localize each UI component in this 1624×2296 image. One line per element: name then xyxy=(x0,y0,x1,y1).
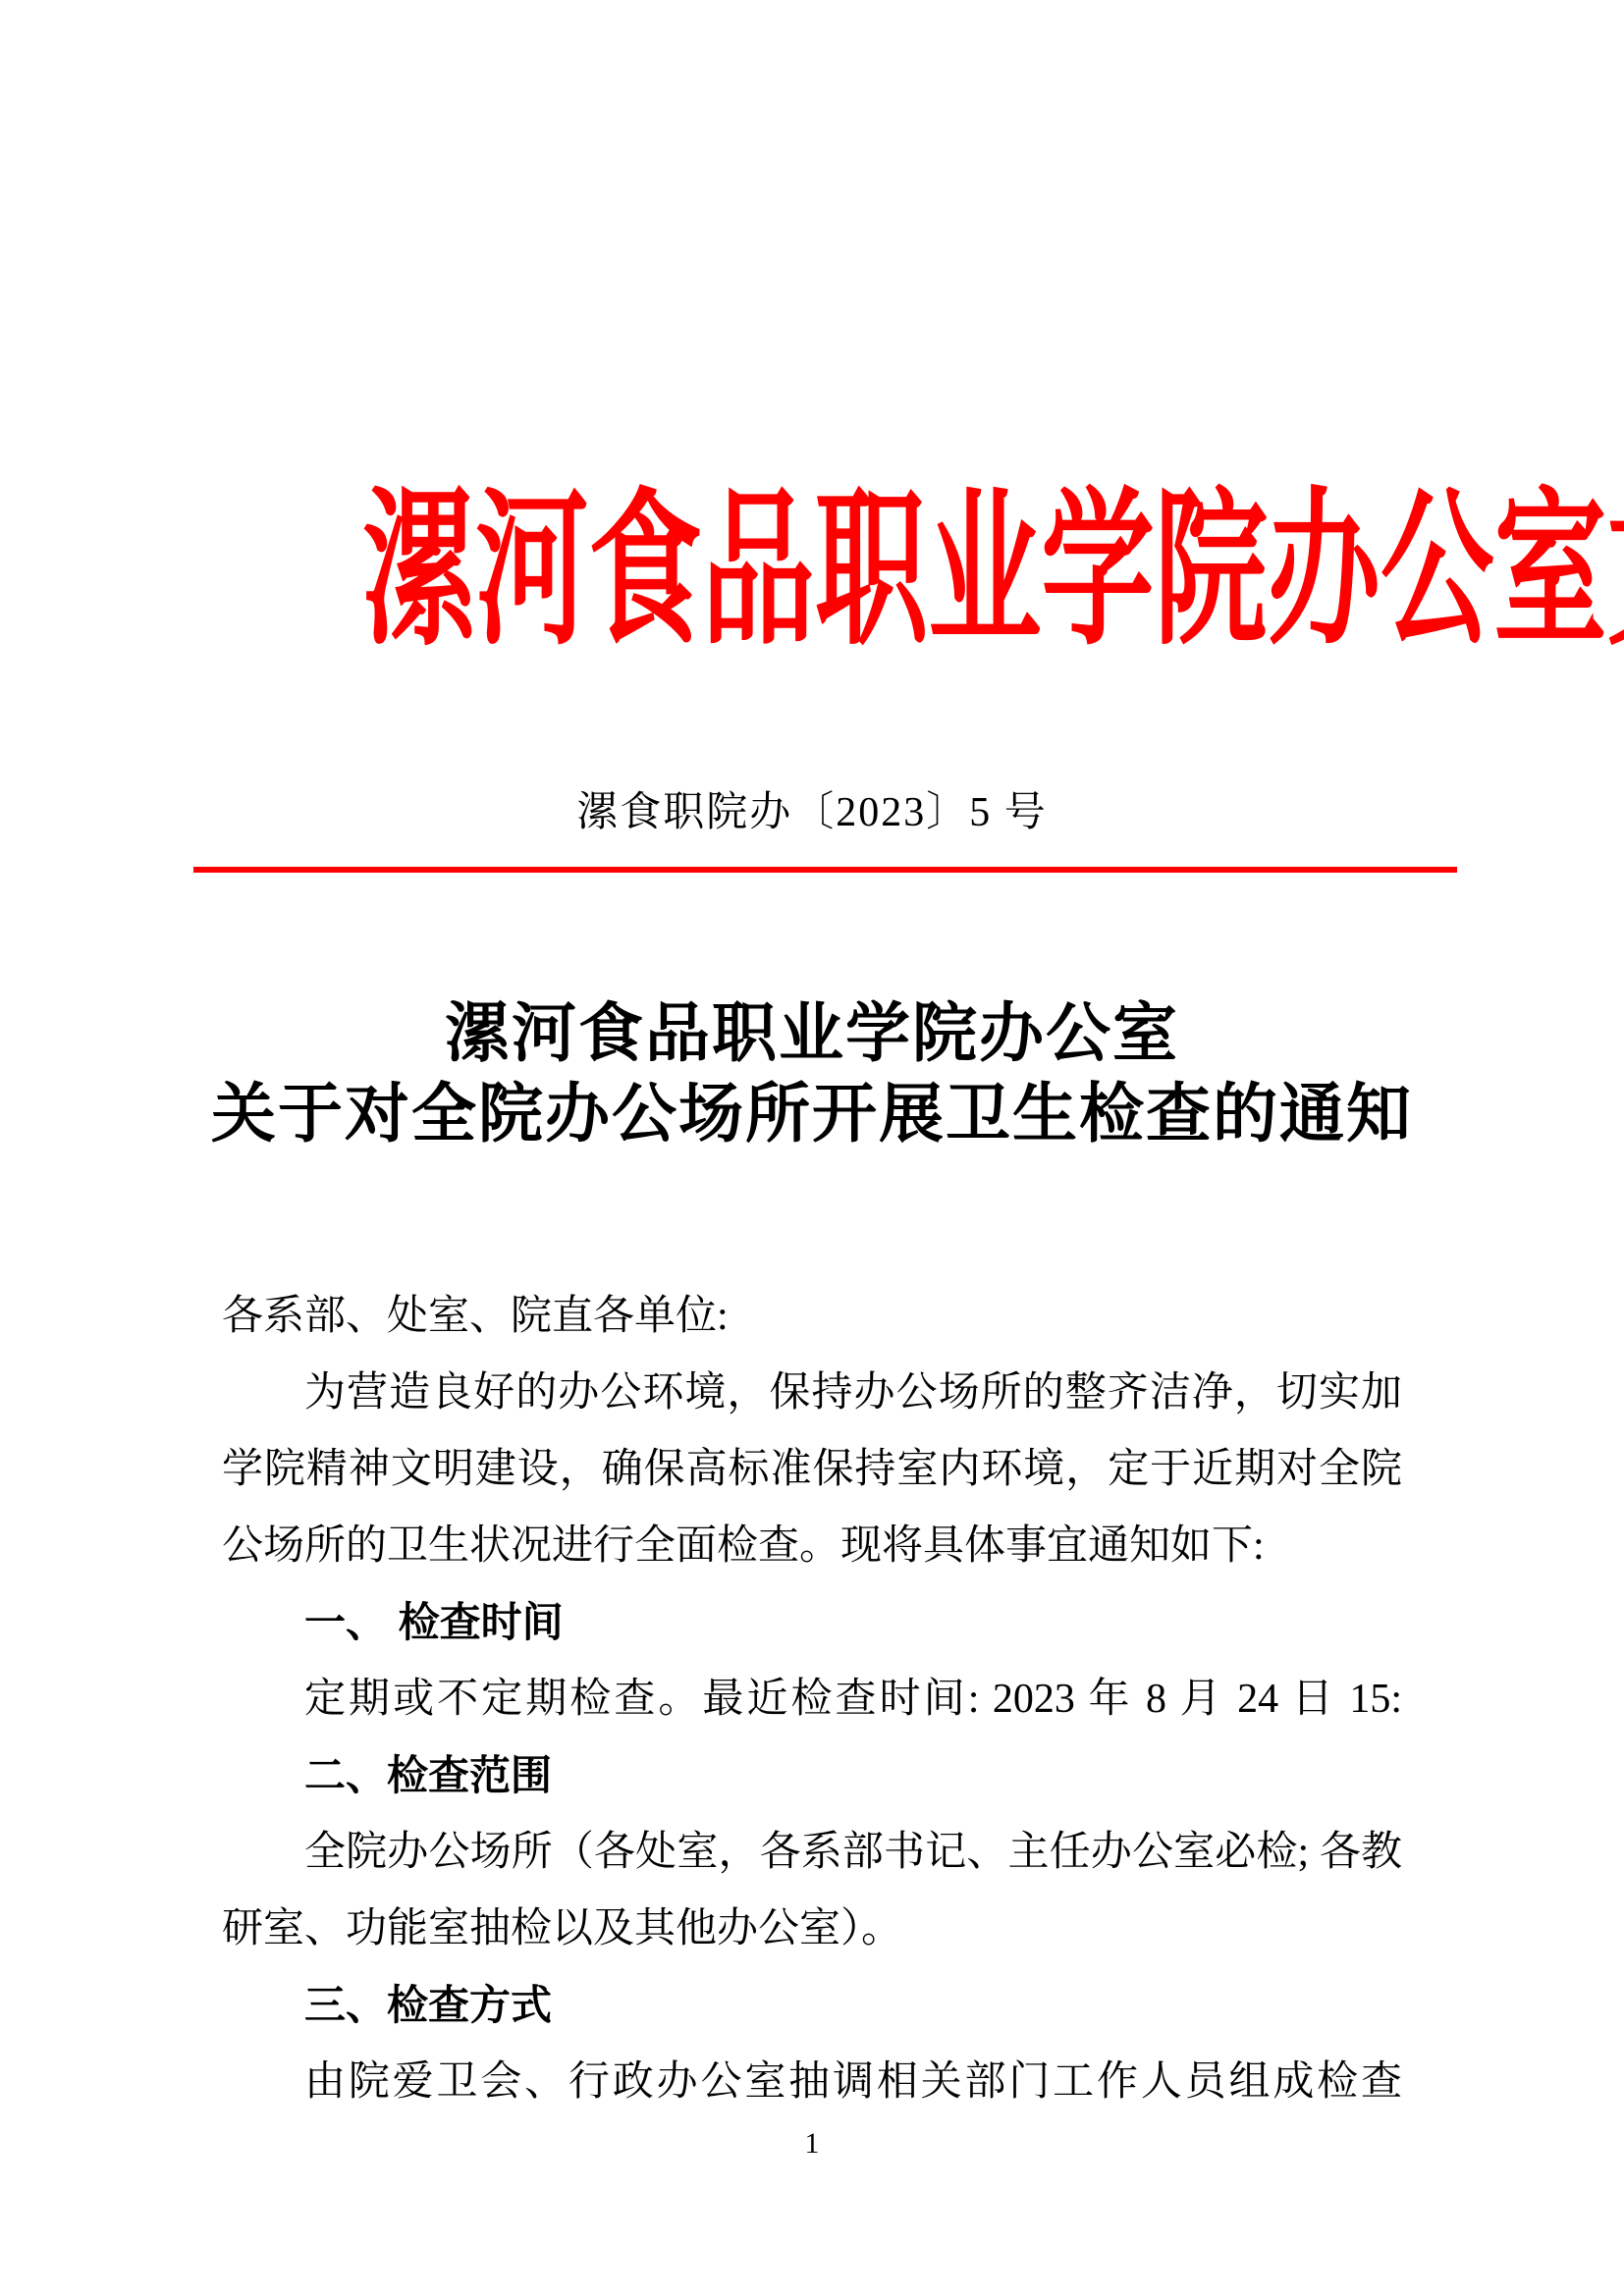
section-heading: 二、检查范围 xyxy=(222,1737,1402,1814)
body-line: 学院精神文明建设，确保高标准保持室内环境，定于近期对全院办 xyxy=(222,1431,1402,1508)
salutation-line: 各系部、处室、院直各单位: xyxy=(222,1278,1402,1355)
body-line: 研室、功能室抽检以及其他办公室）。 xyxy=(222,1891,1402,1967)
document-title-line2: 关于对全院办公场所开展卫生检查的通知 xyxy=(0,1075,1624,1155)
document-title: 漯河食品职业学院办公室 关于对全院办公场所开展卫生检查的通知 xyxy=(0,994,1624,1155)
body-line: 为营造良好的办公环境，保持办公场所的整齐洁净，切实加强 xyxy=(222,1355,1402,1431)
banner-title: 漯河食品职业学院办公室文件 xyxy=(0,483,1624,662)
document-page: 漯河食品职业学院办公室文件 漯食职院办〔2023〕5 号 漯河食品职业学院办公室… xyxy=(0,0,1624,2296)
document-body: 各系部、处室、院直各单位: 为营造良好的办公环境，保持办公场所的整齐洁净，切实加… xyxy=(222,1278,1402,2120)
body-line: 全院办公场所（各处室，各系部书记、主任办公室必检; 各教 xyxy=(222,1814,1402,1891)
red-rule-divider xyxy=(193,867,1457,873)
document-title-line1: 漯河食品职业学院办公室 xyxy=(0,994,1624,1075)
section-heading: 一、 检查时间 xyxy=(222,1584,1402,1661)
banner-title-text: 漯河食品职业学院办公室文件 xyxy=(362,483,1624,662)
body-line: 由院爱卫会、行政办公室抽调相关部门工作人员组成检查组， xyxy=(222,2044,1402,2120)
section-heading: 三、检查方式 xyxy=(222,1967,1402,2044)
page-number: 1 xyxy=(0,2128,1624,2160)
body-line: 定期或不定期检查。最近检查时间: 2023 年 8 月 24 日 15: 00。 xyxy=(222,1661,1402,1737)
body-line: 公场所的卫生状况进行全面检查。现将具体事宜通知如下: xyxy=(222,1508,1402,1584)
doc-number: 漯食职院办〔2023〕5 号 xyxy=(0,785,1624,840)
